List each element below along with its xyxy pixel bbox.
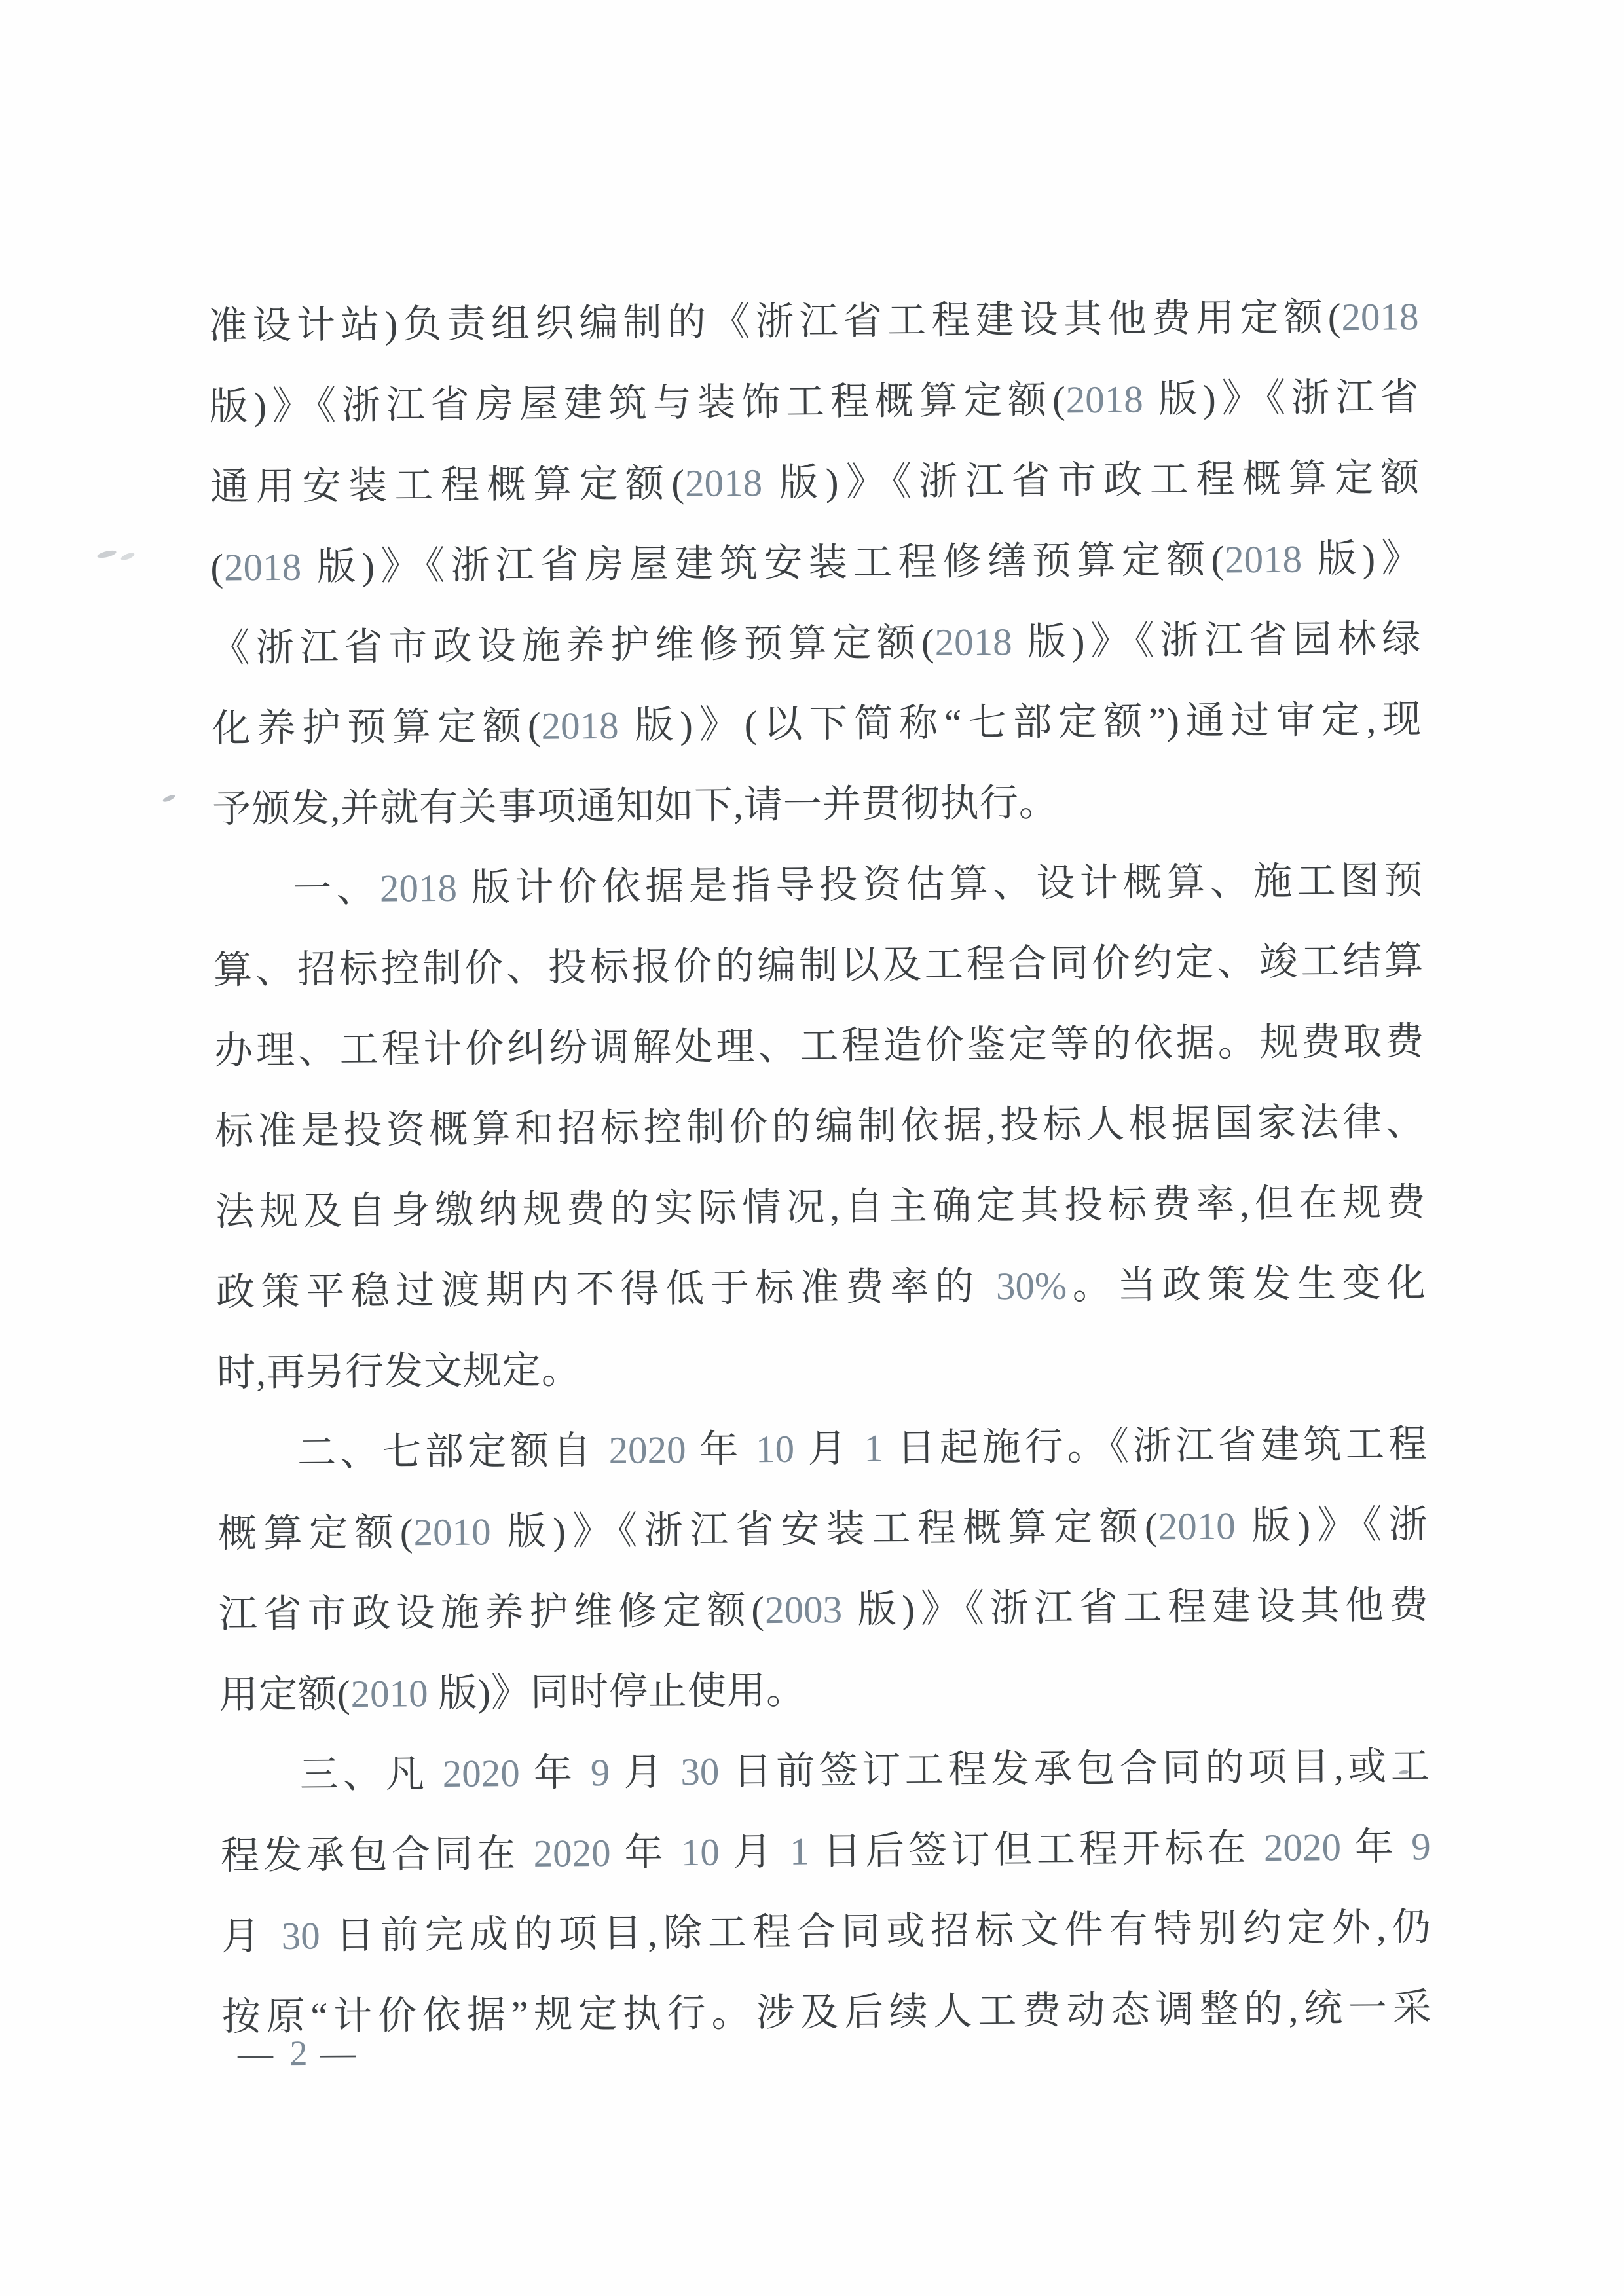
scan-smudge: [120, 551, 135, 562]
text-line: 概算定额(2010 版)》《浙江省安装工程概算定额(2010 版)》《浙: [218, 1484, 1429, 1575]
text-line: 予颁发,并就有关事项通知如下,请一并贯彻执行。: [212, 759, 1423, 850]
document-page: 准设计站)负责组织编制的《浙江省工程建设其他费用定额(2018版)》《浙江省房屋…: [0, 0, 1624, 2296]
text-line: 通用安装工程概算定额(2018 版)》《浙江省市政工程概算定额: [210, 437, 1420, 528]
numeral: 30: [680, 1750, 720, 1793]
numeral: 2018: [541, 704, 619, 748]
text-line: 月 30 日前完成的项目,除工程合同或招标文件有特别约定外,仍: [221, 1887, 1431, 1977]
document-body: 准设计站)负责组织编制的《浙江省工程建设其他费用定额(2018版)》《浙江省房屋…: [208, 276, 1432, 2057]
numeral: 2018: [224, 545, 302, 589]
numeral: 2018: [1225, 538, 1302, 581]
numeral: 2018: [934, 620, 1012, 664]
numeral: 2018: [1065, 378, 1143, 422]
numeral: 2003: [765, 1588, 843, 1631]
text-line: 准设计站)负责组织编制的《浙江省工程建设其他费用定额(2018: [208, 276, 1419, 367]
numeral: 1: [864, 1427, 883, 1470]
numeral: 2020: [442, 1751, 520, 1795]
text-line: 政策平稳过渡期内不得低于标准费率的 30%。当政策发生变化: [216, 1243, 1427, 1333]
numeral: 9: [1411, 1825, 1431, 1868]
numeral: 2010: [413, 1510, 491, 1554]
text-line: 办理、工程计价纠纷调解处理、工程造价鉴定等的依据。规费取费: [214, 1001, 1425, 1091]
text-line: 程发承包合同在 2020 年 10 月 1 日后签订但工程开标在 2020 年 …: [220, 1806, 1431, 1897]
text-line: 三、凡 2020 年 9 月 30 日前签订工程发承包合同的项目,或工: [219, 1726, 1430, 1816]
numeral: 30%: [996, 1264, 1067, 1307]
text-line: 版)》《浙江省房屋建筑与装饰工程概算定额(2018 版)》《浙江省: [209, 357, 1420, 447]
text-line: 二、七部定额自 2020 年 10 月 1 日起施行。《浙江省建筑工程: [217, 1404, 1428, 1494]
numeral: 2020: [533, 1831, 611, 1875]
text-line: 《浙江省市政设施养护维修预算定额(2018 版)》《浙江省园林绿: [211, 598, 1422, 689]
scan-smudge: [96, 549, 117, 560]
numeral: 2010: [1158, 1504, 1236, 1548]
text-line: 算、招标控制价、投标报价的编制以及工程合同价约定、竣工结算: [213, 920, 1424, 1011]
text-line: (2018 版)》《浙江省房屋建筑安装工程修缮预算定额(2018 版)》: [210, 518, 1421, 608]
numeral: 2020: [608, 1428, 686, 1472]
text-line: 法规及自身缴纳规费的实际情况,自主确定其投标费率,但在规费: [215, 1162, 1426, 1252]
numeral: 2018: [685, 461, 763, 505]
numeral: 9: [591, 1751, 610, 1794]
text-line: 化养护预算定额(2018 版)》(以下简称“七部定额”)通过审定,现: [212, 679, 1422, 769]
page-number: — 2 —: [238, 2033, 360, 2073]
text-line: 一、2018 版计价依据是指导投资估算、设计概算、施工图预: [213, 840, 1424, 930]
text-line: 标准是投资概算和招标控制价的编制依据,投标人根据国家法律、: [215, 1082, 1426, 1172]
numeral: 30: [281, 1914, 320, 1957]
numeral: 2010: [350, 1671, 428, 1715]
numeral: 2020: [1264, 1825, 1342, 1869]
text-line: 时,再另行发文规定。: [217, 1323, 1428, 1413]
numeral: 2018: [380, 866, 458, 910]
numeral: 10: [756, 1427, 795, 1470]
scan-smudge: [162, 793, 175, 803]
numeral: 10: [681, 1831, 720, 1874]
text-line: 江省市政设施养护维修定额(2003 版)》《浙江省工程建设其他费: [218, 1565, 1429, 1655]
numeral: 1: [790, 1830, 809, 1873]
numeral: 2: [289, 2033, 307, 2073]
numeral: 2018: [1341, 295, 1419, 338]
text-line: 用定额(2010 版)》同时停止使用。: [219, 1645, 1430, 1736]
text-line: 按原“计价依据”规定执行。涉及后续人工费动态调整的,统一采: [221, 1967, 1432, 2058]
